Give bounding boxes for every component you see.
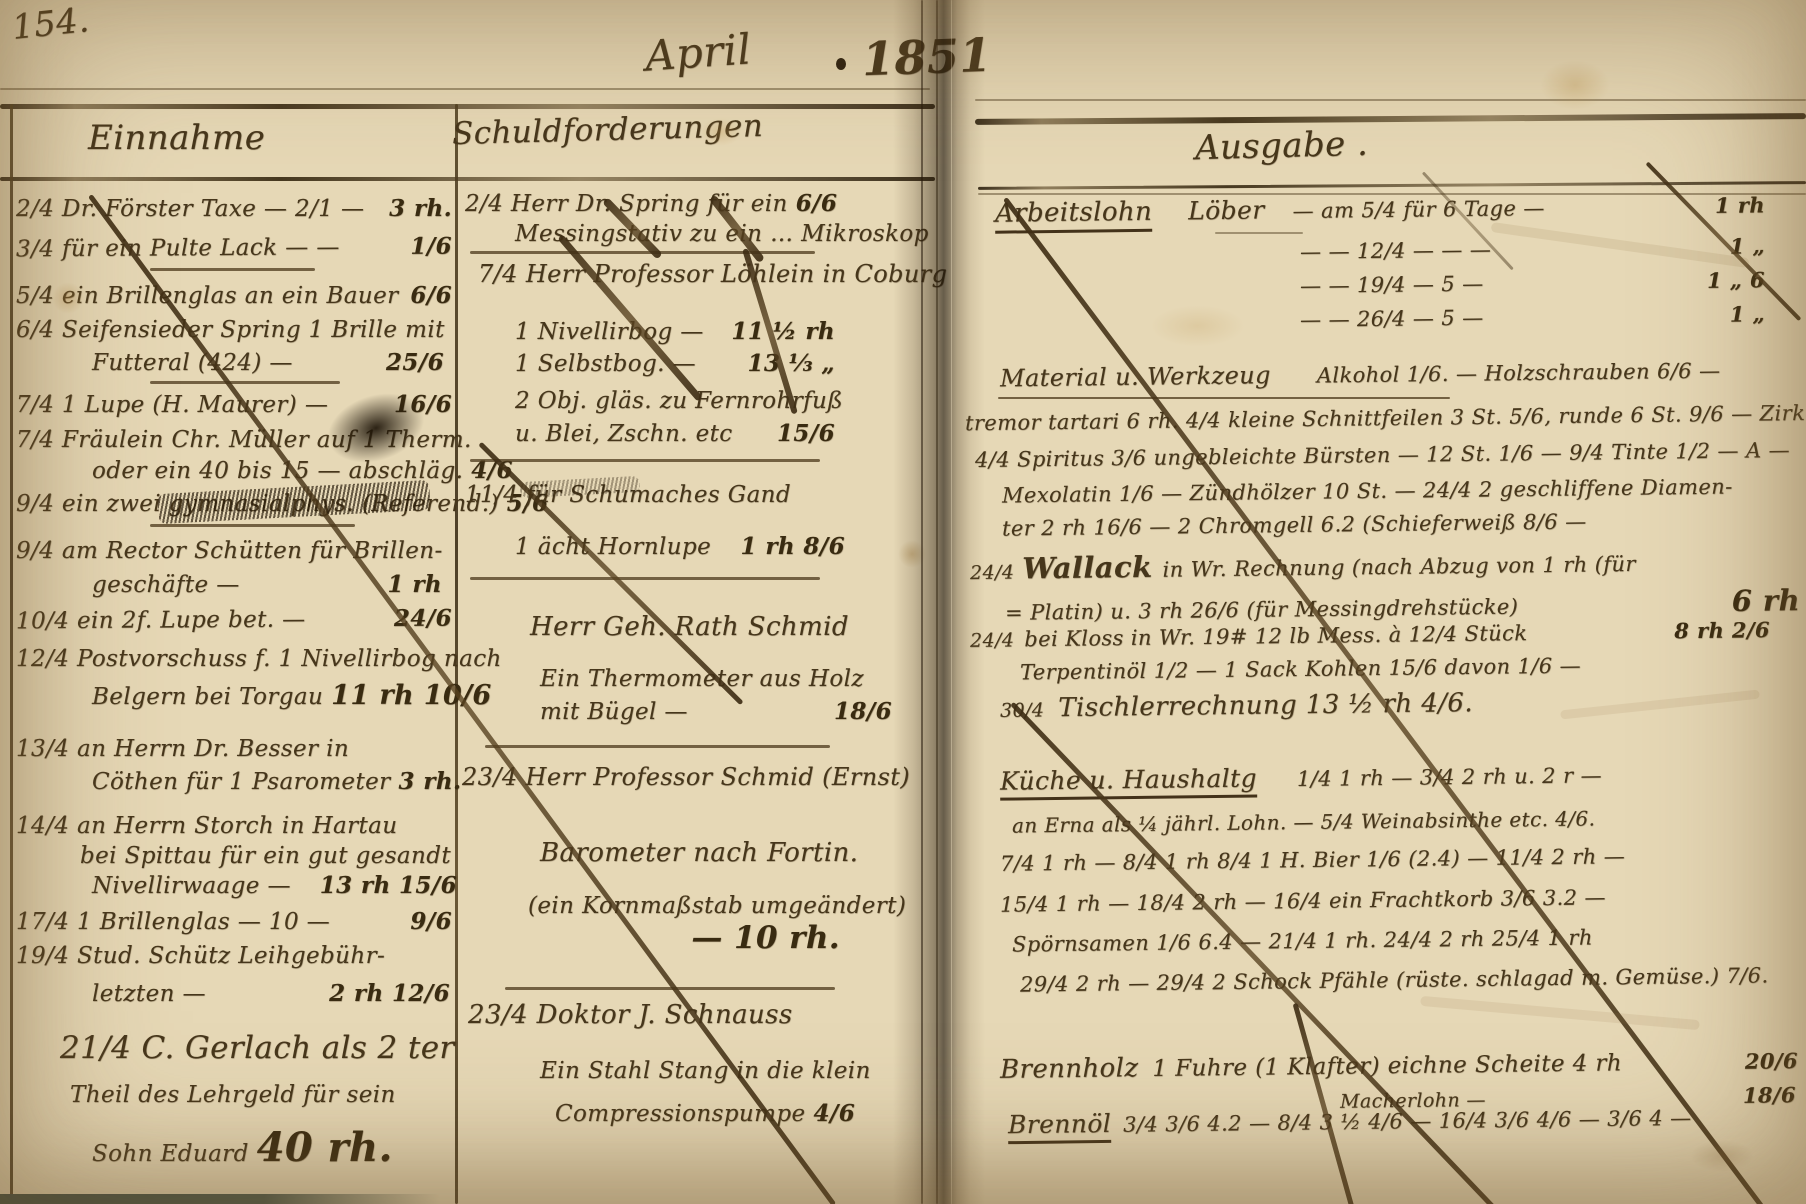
ledger-entry: — — 19/4 — 5 —1 „ 6 (1300, 267, 1765, 298)
ledger-entry: 7/4 Fräulein Chr. Müller auf 1 Therm. (16, 427, 472, 453)
ledger-entry: Herr Geh. Rath Schmid (530, 612, 849, 642)
entry-text: 3/4 für ein Pulte Lack — — (16, 234, 340, 262)
entry-amount: 16/6 (386, 391, 452, 418)
entry-amount: 1 rh (380, 571, 442, 598)
ledger-entry: Ein Thermometer aus Holz (540, 666, 864, 692)
column-header-einnahme: Einnahme (88, 118, 265, 158)
ledger-entry: 29/4 2 rh — 29/4 2 Schock Pfähle (rüste.… (1020, 963, 1769, 996)
year-title: 1851 (861, 28, 992, 86)
ledger-entry: Brennholz 1 Fuhre (1 Klafter) eichne Sch… (1000, 1045, 1798, 1085)
ledger-entry: Material u. Werkzeug Alkohol 1/6. — Holz… (1000, 356, 1721, 393)
entry-amount: 6/6 (402, 282, 452, 309)
ink-scribble (157, 480, 430, 524)
entry-text: 9/4 am Rector Schütten für Brillen- (16, 538, 443, 564)
ledger-entry: Theil des Lehrgeld für sein (70, 1082, 396, 1108)
ledger-entry: Barometer nach Fortin. (540, 838, 858, 868)
ledger-entry: oder ein 40 bis 15 — abschläg.4/6 (92, 457, 432, 484)
ledger-spread: 154. April 1851 Einnahme Schuldforderung… (0, 0, 1806, 1204)
section-label-brennoel: Brennöl (1008, 1109, 1112, 1144)
entry-separator-line (150, 381, 340, 384)
entry-text: (ein Kornmaßstab umgeändert) (528, 893, 906, 919)
entry-date: 24/4 (970, 562, 1015, 585)
ruled-line (0, 88, 930, 90)
ledger-entry: Terpentinöl 1/2 — 1 Sack Kohlen 15/6 dav… (1020, 654, 1581, 685)
entry-text: 21/4 C. Gerlach als 2 ter (60, 1030, 455, 1066)
entry-amount: 40 rh. (249, 1124, 393, 1171)
entry-text: geschäfte — (92, 572, 240, 598)
ruled-line (978, 181, 1806, 190)
entry-amount: 4/6 (806, 1100, 856, 1127)
ledger-entry: Ein Stahl Stang in die klein (540, 1058, 871, 1084)
entry-text: 1 ächt Hornlupe (515, 534, 711, 560)
ledger-entry: 6/4 Seifensieder Spring 1 Brille mit (16, 317, 445, 343)
entry-amount: — 10 rh. (683, 920, 840, 956)
entry-text: 2/4 Herr Dr. Spring für ein (465, 191, 788, 217)
ruled-line (975, 99, 1806, 101)
page-edge-highlight (951, 0, 952, 1204)
entry-text: u. Blei, Zschn. etc (515, 421, 733, 447)
entry-text: — — 26/4 — 5 — (1300, 306, 1484, 332)
ledger-entry: Arbeitslohn Löber — am 5/4 für 6 Tage — … (995, 189, 1765, 233)
entry-amount: 25/6 (378, 349, 444, 376)
ledger-entry: Küche u. Haushaltg 1/4 1 rh — 3/4 2 rh u… (1000, 759, 1602, 800)
section-underline (998, 397, 1450, 399)
entry-amount: 20/6 (1737, 1048, 1798, 1074)
ledger-entry: Sohn Eduard40 rh. (92, 1124, 392, 1171)
ledger-entry: 3/4 für ein Pulte Lack — —1/6 (16, 233, 452, 263)
ink-dot (836, 58, 846, 70)
entry-text: Tischlerrechnung 13 ½ rh 4/6. (1058, 688, 1473, 723)
entry-text: 6/4 Seifensieder Spring 1 Brille mit (16, 317, 445, 343)
entry-amount: 15/6 (769, 420, 835, 447)
entry-amount: 1/6 (402, 233, 452, 260)
ruled-line (0, 177, 935, 181)
entry-amount: 6 rh (1724, 583, 1801, 618)
column-header-ausgabe: Ausgabe . (1195, 124, 1369, 169)
entry-separator-line (150, 268, 315, 271)
ruled-line (975, 113, 1806, 125)
entry-text: Herr Geh. Rath Schmid (530, 612, 849, 642)
ledger-entry: — — 26/4 — 5 —1 „ (1300, 301, 1765, 332)
page-edge-line (936, 0, 938, 1204)
ledger-entry: 23/4 Doktor J. Schnauss (468, 1000, 793, 1030)
table-edge (0, 1194, 440, 1204)
ruled-line (0, 104, 935, 109)
entry-text: bei Kloss in Wr. 19# 12 lb Mess. à 12/4 … (1024, 621, 1527, 651)
ledger-entry: 21/4 C. Gerlach als 2 ter (60, 1030, 455, 1066)
entry-text: 5/4 ein Brillenglas an ein Bauer (16, 283, 398, 309)
payee-name: Wallack (1022, 550, 1153, 586)
ledger-entry: 13/4 an Herrn Dr. Besser in (16, 736, 349, 762)
entry-text: 1 Fuhre (1 Klafter) eichne Scheite 4 rh (1152, 1050, 1622, 1082)
entry-text: 7/4 Fräulein Chr. Müller auf 1 Therm. (16, 427, 472, 453)
entry-amount: 13 ⅓ „ (740, 350, 835, 377)
ledger-entry: 1 Nivellirbog —11 ½ rh (515, 318, 835, 345)
entry-text: Theil des Lehrgeld für sein (70, 1082, 396, 1108)
ledger-entry: Mexolatin 1/6 — Zündhölzer 10 St. — 24/4… (1002, 475, 1733, 508)
ledger-entry: Nivellirwaage —13 rh 15/6 (92, 872, 457, 899)
ledger-entry: (ein Kornmaßstab umgeändert) (528, 893, 906, 919)
entry-separator-line (485, 745, 830, 748)
entry-text: — am 5/4 für 6 Tage — (1292, 196, 1544, 223)
entry-amount: 13 rh 15/6 (312, 872, 457, 899)
ledger-entry: ter 2 rh 16/6 — 2 Chromgell 6.2 (Schiefe… (1002, 509, 1587, 540)
entry-text: — — 19/4 — 5 — (1300, 272, 1484, 298)
entry-text: 23/4 Doktor J. Schnauss (468, 1000, 793, 1030)
entry-text: Messingstativ zu ein … Mikroskop (515, 221, 929, 247)
entry-amount: 3 rh. (381, 195, 452, 222)
ledger-entry: Belgern bei Torgau11 rh 10/6 (92, 680, 452, 711)
entry-text: Futteral (424) — (92, 350, 293, 376)
ledger-entry: 17/4 1 Brillenglas — 10 —9/6 (16, 908, 452, 935)
entry-text: Ein Thermometer aus Holz (540, 666, 864, 692)
entry-text: mit Bügel — (540, 699, 688, 725)
section-label-brennholz: Brennholz (1000, 1053, 1139, 1085)
entry-text: Barometer nach Fortin. (540, 838, 858, 868)
entry-amount: 2 rh 12/6 (321, 980, 450, 1007)
entry-amount: 1 rh (1707, 192, 1765, 218)
entry-amount: 6/6 (788, 190, 838, 217)
entry-text: bei Spittau für ein gut gesandt (80, 843, 451, 869)
entry-text: 10/4 ein 2f. Lupe bet. — (16, 607, 306, 635)
entry-text: Ein Stahl Stang in die klein (540, 1058, 871, 1084)
page-edge-line (921, 0, 923, 1204)
entry-text: 7/4 Herr Professor Löhlein in Coburg (478, 260, 947, 288)
entry-text: — — 12/4 — — — (1300, 238, 1491, 264)
ledger-entry: 15/4 1 rh — 18/4 2 rh — 16/4 ein Frachtk… (1000, 885, 1606, 916)
paper-stain (1540, 60, 1610, 110)
entry-text: 13/4 an Herrn Dr. Besser in (16, 736, 349, 762)
entry-amount: 3 rh. (391, 768, 462, 795)
ledger-entry: Spörnsamen 1/6 6.4 — 21/4 1 rh. 24/4 2 r… (1012, 925, 1593, 956)
ledger-entry: bei Spittau für ein gut gesandt (80, 843, 451, 869)
ledger-entry: — 10 rh. (560, 920, 840, 956)
ledger-entry: 7/4 Herr Professor Löhlein in Coburg (478, 260, 947, 288)
ledger-entry: an Erna als ¼ jährl. Lohn. — 5/4 Weinabs… (1012, 806, 1596, 837)
entry-text: 19/4 Stud. Schütz Leihgebühr- (16, 943, 385, 969)
paper-stain (1150, 305, 1245, 347)
entry-text: Nivellirwaage — (92, 873, 291, 899)
ledger-entry: 19/4 Stud. Schütz Leihgebühr- (16, 943, 385, 969)
entry-amount: 18/6 (826, 698, 892, 725)
bleed-through-mark (1420, 996, 1700, 1030)
entry-amount: 18/6 (1735, 1082, 1796, 1108)
section-label-kueche: Küche u. Haushaltg (1000, 764, 1257, 801)
ledger-entry: Futteral (424) —25/6 (92, 349, 444, 376)
entry-text: 7/4 1 Lupe (H. Maurer) — (16, 392, 328, 418)
entry-amount: 8 rh 2/6 (1666, 617, 1770, 643)
entry-text: 17/4 1 Brillenglas — 10 — (16, 909, 330, 935)
ledger-entry: 1 ächt Hornlupe1 rh 8/6 (515, 533, 845, 560)
entry-text: 2/4 Dr. Förster Taxe — 2/1 — (16, 196, 364, 222)
bleed-through-mark (1560, 690, 1760, 720)
entry-separator-line (470, 577, 820, 580)
entry-separator-line (470, 251, 815, 254)
column-border-line (10, 104, 13, 1204)
ledger-entry: u. Blei, Zschn. etc15/6 (515, 420, 835, 447)
entry-text: in Wr. Rechnung (nach Abzug von 1 rh (fü… (1162, 552, 1636, 582)
ledger-entry: 2/4 Dr. Förster Taxe — 2/1 —3 rh. (16, 195, 452, 222)
entry-text: Belgern bei Torgau (92, 684, 323, 710)
ledger-entry: 7/4 1 rh — 8/4 1 rh 8/4 1 H. Bier 1/6 (2… (1000, 844, 1625, 876)
ledger-entry: 4/4 Spiritus 3/6 ungebleichte Bürsten — … (975, 438, 1790, 472)
ledger-entry: Messingstativ zu ein … Mikroskop (515, 221, 929, 247)
entry-date: 24/4 (970, 629, 1015, 652)
entry-text: 1 Nivellirbog — (515, 319, 704, 345)
ledger-entry: 10/4 ein 2f. Lupe bet. —24/6 (16, 605, 452, 635)
entry-amount: 1 rh 8/6 (733, 533, 845, 560)
ledger-entry: Cöthen für 1 Psarometer3 rh. (92, 768, 448, 795)
ledger-entry: geschäfte —1 rh (92, 571, 442, 598)
ledger-entry: 30/4Tischlerrechnung 13 ½ rh 4/6. (1000, 688, 1473, 724)
entry-text: 14/4 an Herrn Storch in Hartau (16, 813, 397, 839)
month-title: April (643, 24, 752, 80)
ledger-entry: Brennöl 3/4 3/6 4.2 — 8/4 3 ½ 4/6 — 16/4… (1008, 1102, 1692, 1144)
ledger-entry: tremor tartari 6 rh. 4/4 kleine Schnittf… (965, 401, 1806, 436)
ledger-entry: 24/4 Wallack in Wr. Rechnung (nach Abzug… (970, 544, 1636, 586)
entry-text: Alkohol 1/6. — Holzschrauben 6/6 — (1317, 359, 1721, 388)
page-number: 154. (10, 0, 91, 48)
entry-separator-line (150, 524, 355, 527)
ledger-entry: letzten —2 rh 12/6 (92, 980, 450, 1007)
entry-text: Cöthen für 1 Psarometer (92, 769, 391, 795)
entry-text: letzten — (92, 981, 206, 1007)
ledger-entry: 14/4 an Herrn Storch in Hartau (16, 813, 397, 839)
entry-separator-line (1215, 232, 1303, 234)
entry-amount: 1 „ (1722, 301, 1766, 327)
entry-text: Sohn Eduard (92, 1141, 249, 1167)
payee-name: Löber (1188, 195, 1265, 225)
entry-amount: 9/6 (402, 908, 452, 935)
ledger-entry: 5/4 ein Brillenglas an ein Bauer6/6 (16, 282, 452, 309)
entry-amount: 11 ½ rh (723, 318, 835, 345)
entry-separator-line (470, 459, 820, 462)
ledger-entry: mit Bügel —18/6 (540, 698, 892, 725)
ledger-entry: 2/4 Herr Dr. Spring für ein6/6 (465, 190, 830, 217)
column-header-schuldforderungen: Schuldforderungen (452, 108, 764, 152)
ledger-entry: — — 12/4 — — —1 „ (1300, 233, 1765, 264)
ledger-entry: 9/4 am Rector Schütten für Brillen- (16, 538, 443, 564)
